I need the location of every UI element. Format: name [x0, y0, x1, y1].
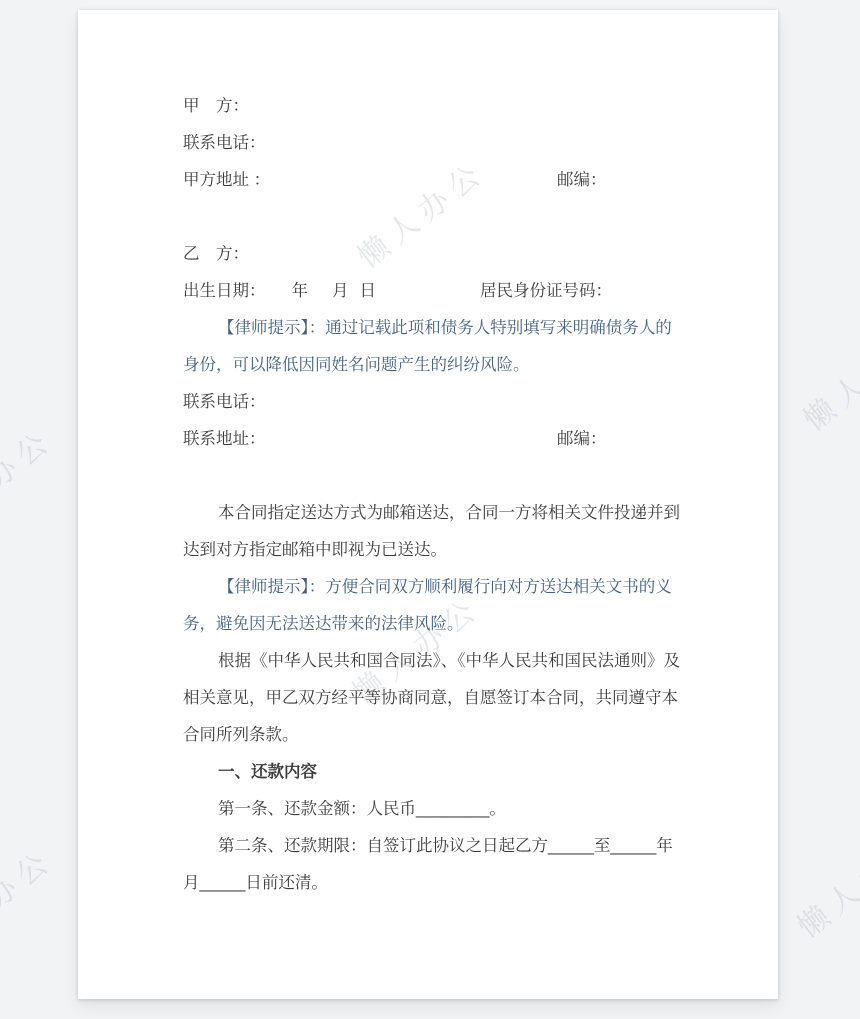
clause-text: 第二条、还款期限：自签订此协议之日起乙方_____至_____年	[218, 837, 673, 855]
party-a-postcode-label: 邮编：	[557, 162, 607, 199]
month-label: 月	[332, 282, 349, 300]
legal-basis-line-3: 合同所列条款。	[183, 717, 680, 754]
document-viewer-background: 懒人办公 懒人办公 懒人办公 懒人办公 懒人办公 懒人办公 甲 方： 联系电话：…	[0, 0, 860, 1019]
party-a-phone-line: 联系电话：	[183, 125, 680, 162]
lawyer-tip-text: 务，避免因无法送达带来的法律风险。	[183, 615, 464, 633]
legal-basis-line-1: 根据《中华人民共和国合同法》、《中华人民共和国民法通则》及	[183, 643, 680, 680]
party-b-phone-label: 联系电话：	[183, 393, 266, 411]
paragraph-text: 达到对方指定邮箱中即视为已送达。	[183, 541, 447, 559]
blank-line	[183, 458, 680, 495]
watermark-text: 懒人办公	[0, 416, 61, 544]
clause-1-line: 第一条、还款金额：人民币________。	[183, 791, 680, 828]
document-content: 甲 方： 联系电话： 甲方地址 ： 邮编： 乙 方： 出生日期：年月日 居民身份…	[78, 10, 778, 999]
paragraph-text: 合同所列条款。	[183, 726, 299, 744]
year-label: 年	[292, 282, 309, 300]
id-number-label: 居民身份证号码：	[480, 273, 612, 310]
party-b-birthdate-line: 出生日期：年月日 居民身份证号码：	[183, 273, 680, 310]
lawyer-tip-2-line-1: 【律师提示】：方便合同双方顺利履行向对方送达相关文书的义	[183, 569, 680, 606]
section-heading-text: 一、还款内容	[218, 763, 317, 781]
party-b-name-label: 乙 方：	[183, 245, 249, 263]
day-label: 日	[360, 282, 377, 300]
party-b-phone-line: 联系电话：	[183, 384, 680, 421]
party-a-name-line: 甲 方：	[183, 88, 680, 125]
clause-text: 月_____日前还清。	[183, 874, 328, 892]
lawyer-tip-text: 【律师提示】：方便合同双方顺利履行向对方送达相关文书的义	[218, 578, 672, 596]
lawyer-tip-2-line-2: 务，避免因无法送达带来的法律风险。	[183, 606, 680, 643]
clause-text: 第一条、还款金额：人民币________。	[218, 800, 506, 818]
section-1-heading: 一、还款内容	[183, 754, 680, 791]
party-a-name-label: 甲 方：	[183, 97, 249, 115]
blank-line	[183, 199, 680, 236]
party-a-phone-label: 联系电话：	[183, 134, 266, 152]
watermark-text: 懒人办公	[793, 311, 860, 439]
delivery-paragraph-line-2: 达到对方指定邮箱中即视为已送达。	[183, 532, 680, 569]
watermark-text: 懒人办公	[787, 818, 860, 946]
party-b-address-line: 联系地址： 邮编：	[183, 421, 680, 458]
paragraph-text: 本合同指定送达方式为邮箱送达，合同一方将相关文件投递并到	[218, 504, 680, 522]
legal-basis-line-2: 相关意见，甲乙双方经平等协商同意，自愿签订本合同，共同遵守本	[183, 680, 680, 717]
paragraph-text: 相关意见，甲乙双方经平等协商同意，自愿签订本合同，共同遵守本	[183, 689, 678, 707]
birthdate-label: 出生日期：	[183, 282, 266, 300]
party-a-address-line: 甲方地址 ： 邮编：	[183, 162, 680, 199]
clause-2-line-1: 第二条、还款期限：自签订此协议之日起乙方_____至_____年	[183, 828, 680, 865]
lawyer-tip-text: 身份，可以降低因同姓名问题产生的纠纷风险。	[183, 356, 530, 374]
party-a-address-label: 甲方地址 ：	[183, 171, 270, 189]
paragraph-text: 根据《中华人民共和国合同法》、《中华人民共和国民法通则》及	[218, 652, 680, 670]
watermark-text: 懒人办公	[0, 836, 61, 964]
delivery-paragraph-line-1: 本合同指定送达方式为邮箱送达，合同一方将相关文件投递并到	[183, 495, 680, 532]
party-b-postcode-label: 邮编：	[557, 421, 607, 458]
lawyer-tip-1-line-2: 身份，可以降低因同姓名问题产生的纠纷风险。	[183, 347, 680, 384]
party-b-name-line: 乙 方：	[183, 236, 680, 273]
lawyer-tip-1-line-1: 【律师提示】：通过记载此项和债务人特别填写来明确债务人的	[183, 310, 680, 347]
party-b-address-label: 联系地址：	[183, 430, 266, 448]
lawyer-tip-text: 【律师提示】：通过记载此项和债务人特别填写来明确债务人的	[218, 319, 672, 337]
clause-2-line-2: 月_____日前还清。	[183, 865, 680, 902]
